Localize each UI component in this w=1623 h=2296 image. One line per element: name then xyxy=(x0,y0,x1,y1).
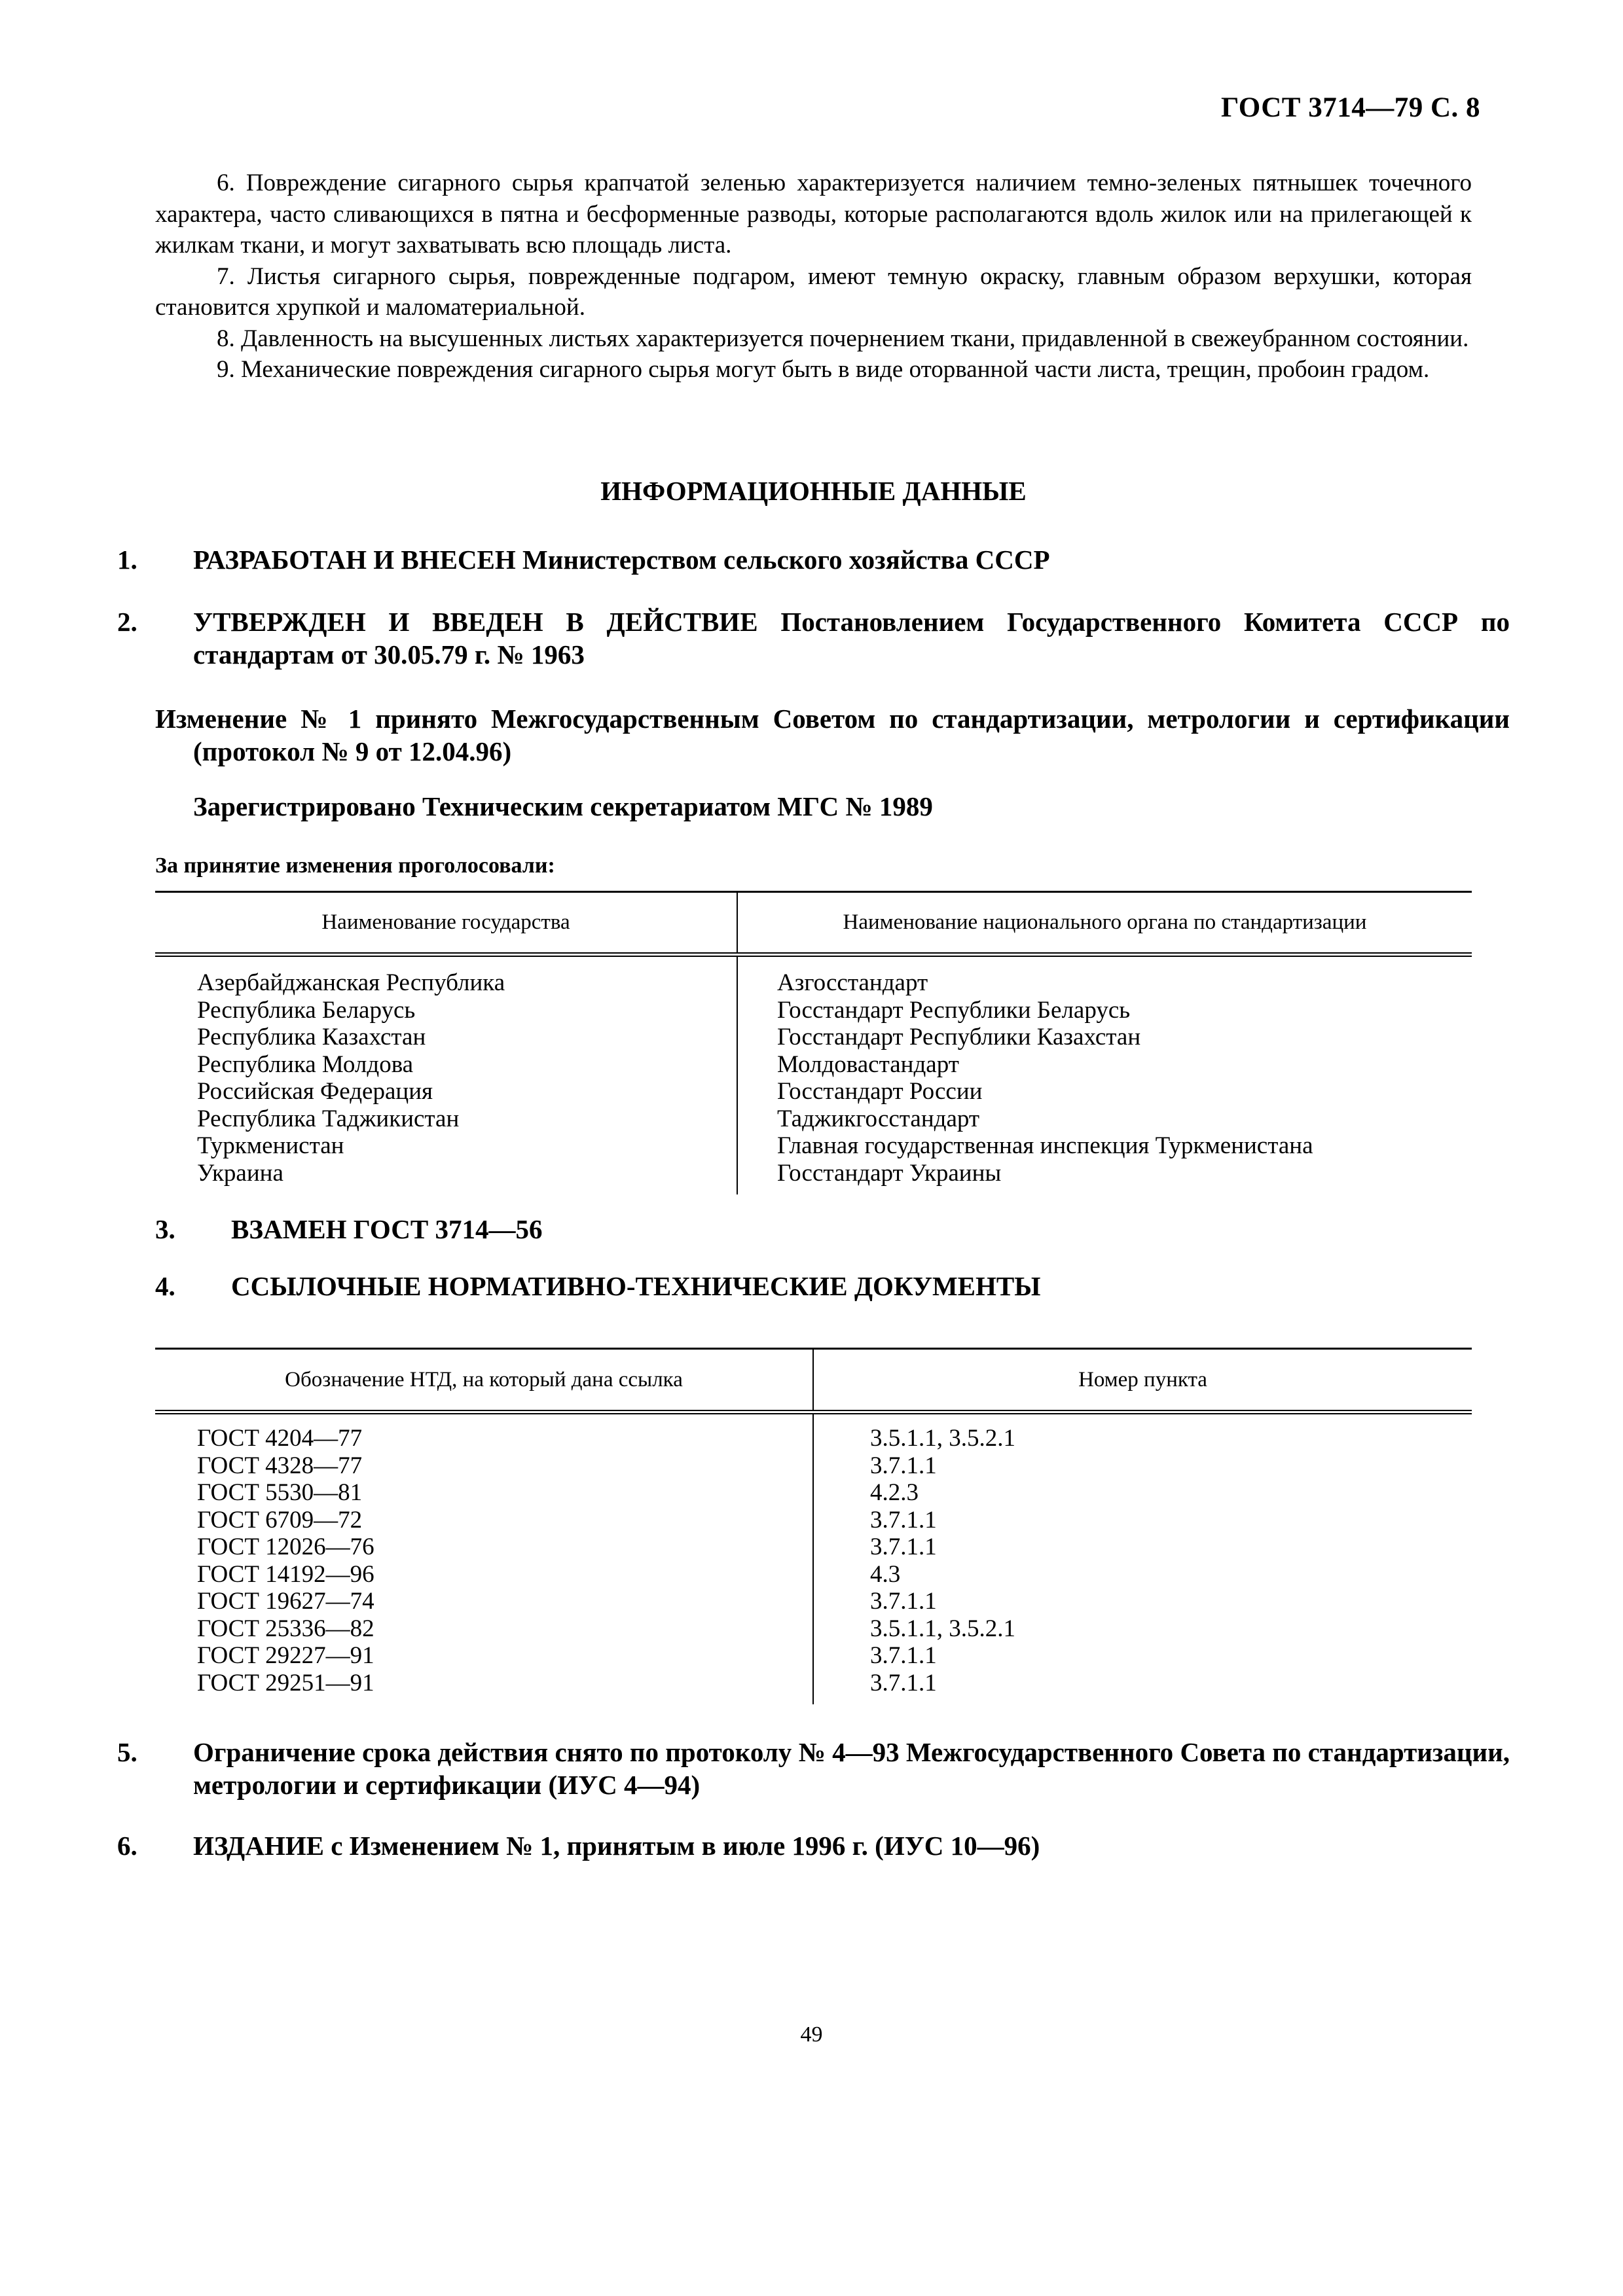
item-text: УТВЕРЖДЕН И ВВЕДЕН В ДЕЙСТВИЕ Постановле… xyxy=(193,607,1510,670)
document-cell: ГОСТ 29227—91 xyxy=(197,1642,812,1670)
vote-label: За принятие изменения проголосовали: xyxy=(155,853,555,878)
vote-table: Наименование государства Наименование на… xyxy=(155,891,1472,1194)
standards-body-cell: Азгосстандарт xyxy=(777,969,1472,997)
state-cell: Республика Молдова xyxy=(197,1051,737,1079)
states-column: Азербайджанская Республика Республика Бе… xyxy=(155,955,737,1195)
item-text: ВЗАМЕН ГОСТ 3714—56 xyxy=(231,1214,542,1244)
document-cell: ГОСТ 5530—81 xyxy=(197,1479,812,1507)
registration-note: Зарегистрировано Техническим секретариат… xyxy=(155,790,1510,823)
standards-body-cell: Таджикгосстандарт xyxy=(777,1105,1472,1133)
info-item-5: 5.Ограничение срока действия снято по пр… xyxy=(155,1736,1510,1801)
item-text: Ограничение срока действия снято по прот… xyxy=(193,1737,1510,1800)
item-number: 5. xyxy=(155,1736,193,1768)
paragraph-7: 7. Листья сигарного сырья, поврежденные … xyxy=(155,261,1472,323)
standards-bodies-column: Азгосстандарт Госстандарт Республики Бел… xyxy=(737,955,1472,1195)
amendment-note: Изменение № 1 принято Межгосударственным… xyxy=(155,702,1510,768)
item-text: РАЗРАБОТАН И ВНЕСЕН Министерством сельск… xyxy=(193,545,1050,575)
info-item-2: 2.УТВЕРЖДЕН И ВВЕДЕН В ДЕЙСТВИЕ Постанов… xyxy=(155,605,1510,671)
clause-cell: 3.7.1.1 xyxy=(870,1670,1472,1697)
document-cell: ГОСТ 19627—74 xyxy=(197,1588,812,1615)
document-cell: ГОСТ 14192—96 xyxy=(197,1561,812,1588)
clause-cell: 3.7.1.1 xyxy=(870,1452,1472,1480)
paragraph-6: 6. Повреждение сигарного сырья крапчатой… xyxy=(155,168,1472,261)
state-cell: Туркменистан xyxy=(197,1132,737,1160)
item-number: 1. xyxy=(155,543,193,576)
document-cell: ГОСТ 12026—76 xyxy=(197,1534,812,1561)
state-cell: Российская Федерация xyxy=(197,1078,737,1105)
standards-body-cell: Госстандарт России xyxy=(777,1078,1472,1105)
state-cell: Азербайджанская Республика xyxy=(197,969,737,997)
standards-body-cell: Госстандарт Украины xyxy=(777,1160,1472,1187)
state-cell: Республика Таджикистан xyxy=(197,1105,737,1133)
page-number: 49 xyxy=(0,2022,1623,2047)
clause-cell: 4.3 xyxy=(870,1561,1472,1588)
table-header-row: Обозначение НТД, на который дана ссылка … xyxy=(155,1349,1472,1412)
info-item-4: 4.ССЫЛОЧНЫЕ НОРМАТИВНО-ТЕХНИЧЕСКИЕ ДОКУМ… xyxy=(193,1270,1510,1302)
standards-body-cell: Молдовастандарт xyxy=(777,1051,1472,1079)
standards-body-cell: Госстандарт Республики Казахстан xyxy=(777,1024,1472,1051)
document-cell: ГОСТ 6709—72 xyxy=(197,1507,812,1534)
body-paragraphs: 6. Повреждение сигарного сырья крапчатой… xyxy=(155,168,1472,386)
state-cell: Республика Казахстан xyxy=(197,1024,737,1051)
section-title: ИНФОРМАЦИОННЫЕ ДАННЫЕ xyxy=(155,475,1472,507)
table-row: ГОСТ 4204—77 ГОСТ 4328—77 ГОСТ 5530—81 Г… xyxy=(155,1412,1472,1705)
paragraph-8: 8. Давленность на высушенных листьях хар… xyxy=(155,323,1472,355)
column-header-state: Наименование государства xyxy=(155,892,737,955)
clause-cell: 3.7.1.1 xyxy=(870,1507,1472,1534)
clause-cell: 3.7.1.1 xyxy=(870,1642,1472,1670)
amendment-text: Изменение № 1 принято Межгосударственным… xyxy=(155,704,1510,766)
table-row: Азербайджанская Республика Республика Бе… xyxy=(155,955,1472,1195)
paragraph-9: 9. Механические повреждения сигарного сы… xyxy=(155,354,1472,386)
clause-cell: 3.7.1.1 xyxy=(870,1588,1472,1615)
document-cell: ГОСТ 4204—77 xyxy=(197,1425,812,1452)
clause-numbers-column: 3.5.1.1, 3.5.2.1 3.7.1.1 4.2.3 3.7.1.1 3… xyxy=(813,1412,1472,1705)
clause-cell: 3.5.1.1, 3.5.2.1 xyxy=(870,1425,1472,1452)
documents-column: ГОСТ 4204—77 ГОСТ 4328—77 ГОСТ 5530—81 Г… xyxy=(155,1412,813,1705)
item-number: 6. xyxy=(155,1829,193,1862)
info-item-6: 6.ИЗДАНИЕ с Изменением № 1, принятым в и… xyxy=(155,1829,1510,1862)
item-number: 3. xyxy=(193,1213,231,1246)
column-header-standards-body: Наименование национального органа по ста… xyxy=(737,892,1472,955)
page-header-title: ГОСТ 3714—79 С. 8 xyxy=(1221,92,1480,124)
info-item-3: 3.ВЗАМЕН ГОСТ 3714—56 xyxy=(193,1213,1510,1246)
info-item-1: 1.РАЗРАБОТАН И ВНЕСЕН Министерством сель… xyxy=(155,543,1510,576)
clause-cell: 3.7.1.1 xyxy=(870,1534,1472,1561)
document-cell: ГОСТ 4328—77 xyxy=(197,1452,812,1480)
column-header-clause-number: Номер пункта xyxy=(813,1349,1472,1412)
document-cell: ГОСТ 29251—91 xyxy=(197,1670,812,1697)
registration-text: Зарегистрировано Техническим секретариат… xyxy=(193,791,933,821)
table-header-row: Наименование государства Наименование на… xyxy=(155,892,1472,955)
item-text: ССЫЛОЧНЫЕ НОРМАТИВНО-ТЕХНИЧЕСКИЕ ДОКУМЕН… xyxy=(231,1271,1041,1301)
state-cell: Украина xyxy=(197,1160,737,1187)
state-cell: Республика Беларусь xyxy=(197,997,737,1024)
column-header-document: Обозначение НТД, на который дана ссылка xyxy=(155,1349,813,1412)
item-text: ИЗДАНИЕ с Изменением № 1, принятым в июл… xyxy=(193,1831,1040,1861)
clause-cell: 4.2.3 xyxy=(870,1479,1472,1507)
clause-cell: 3.5.1.1, 3.5.2.1 xyxy=(870,1615,1472,1643)
reference-documents-table: Обозначение НТД, на который дана ссылка … xyxy=(155,1348,1472,1704)
document-cell: ГОСТ 25336—82 xyxy=(197,1615,812,1643)
standards-body-cell: Госстандарт Республики Беларусь xyxy=(777,997,1472,1024)
item-number: 2. xyxy=(155,605,193,638)
item-number: 4. xyxy=(193,1270,231,1302)
standards-body-cell: Главная государственная инспекция Туркме… xyxy=(777,1132,1472,1160)
